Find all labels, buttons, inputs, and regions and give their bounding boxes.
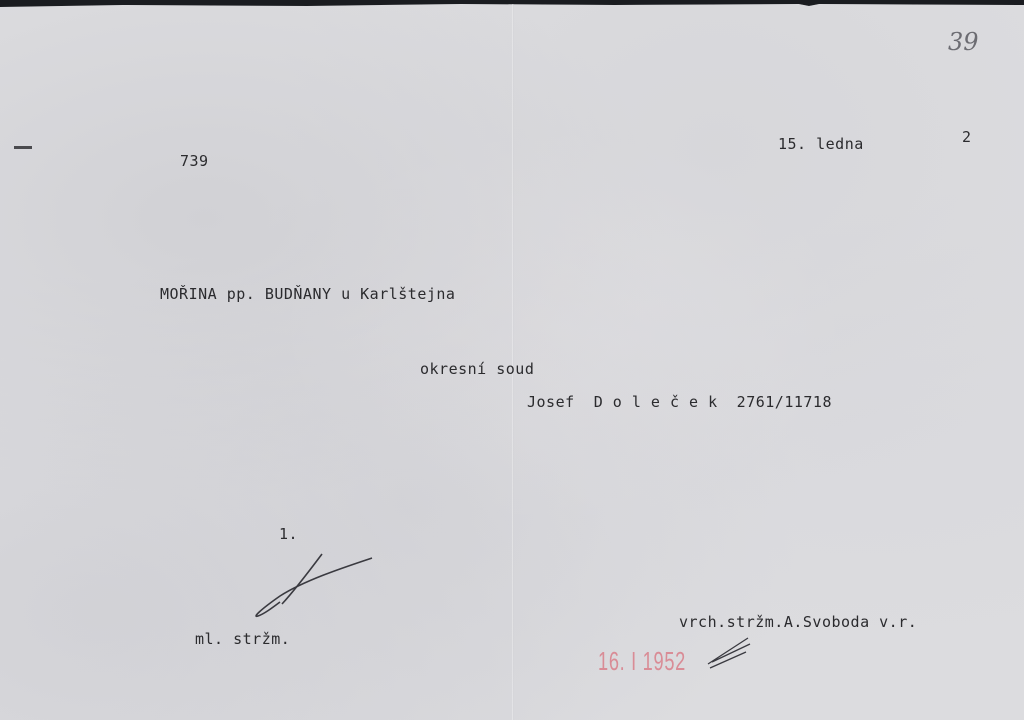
signatory-left: ml. stržm. [195,630,290,648]
document-date: 15. ledna [778,135,864,153]
subject-line: Josef D o l e č e k 2761/11718 [527,393,832,411]
signature-icon [250,552,380,622]
received-date-stamp: 16. I 1952 [598,646,686,677]
handwritten-page-number: 39 [948,28,979,56]
sheet-number: 2 [962,128,972,146]
scanned-document: 39 739 15. ledna 2 MOŘINA pp. BUDŇANY u … [0,0,1024,720]
signatory-right: vrch.stržm.A.Svoboda v.r. [679,613,917,631]
item-number: 1. [279,525,298,543]
initials-scribble-icon [700,632,760,672]
reference-number: 739 [180,152,209,170]
margin-dash-mark [14,146,32,149]
recipient-line: okresní soud [420,360,534,378]
address-line: MOŘINA pp. BUDŇANY u Karlštejna [160,285,455,303]
